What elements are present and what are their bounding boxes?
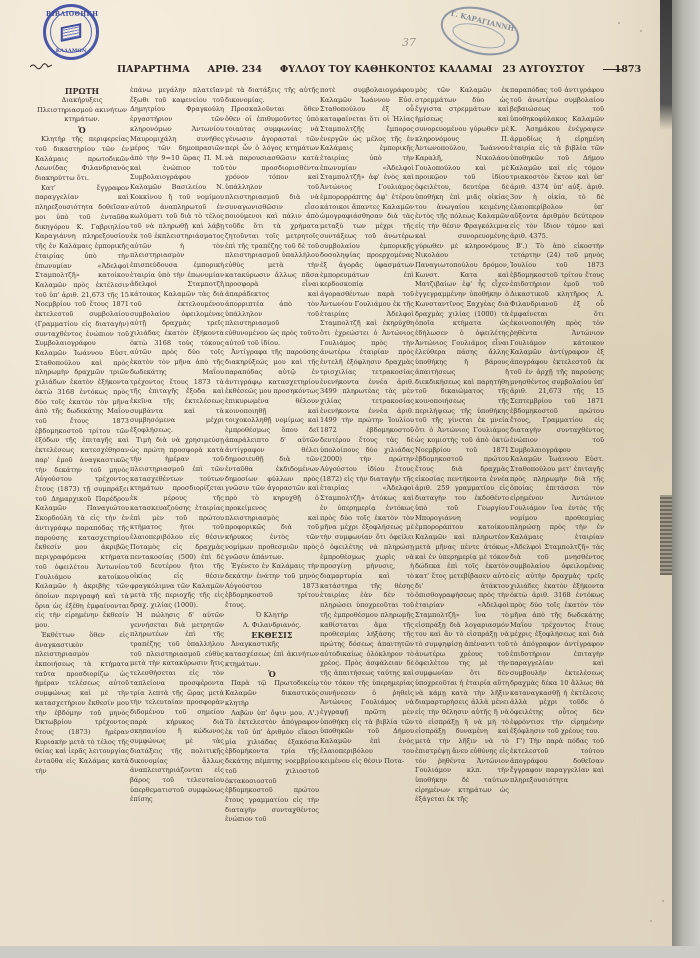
- paragraph: μὲ τὰ διατάξεις τῆς αὐτῆς δικονομίας.: [225, 86, 319, 105]
- masthead-issue: ΑΡΙΘ. 234: [208, 64, 262, 75]
- masthead-rule: [603, 69, 623, 70]
- paper-speck: [95, 35, 97, 37]
- column-2: ἐπάνω μεγάλην πλατεῖαν ἔξωθι τοῦ καφενεί…: [130, 86, 224, 886]
- library-stamp-top-text: ΒΙΒΛΙΟΘΗΚΗ: [46, 11, 96, 18]
- paragraph: Ἐκθέττων ὅθεν εἰς ἀναγκαστικὸν πλειστηρι…: [35, 631, 129, 777]
- column-heading: ΕΚΘΕΣΙΣ: [225, 630, 319, 640]
- masthead-city: ΚΑΛΑΜΑΙ: [439, 64, 492, 75]
- scan-background-edge: [672, 0, 700, 958]
- masthead-supplement: ΠΑΡΑΡΤΗΜΑ: [117, 64, 190, 75]
- paper-speck: [650, 920, 652, 922]
- masthead-date: 23 ΑΥΓΟΥΣΤΟΥ: [502, 64, 584, 75]
- column-heading: ΠΡΩΤΗ: [35, 86, 129, 96]
- paragraph: ἐπάνω μεγάλην πλατεῖαν ἔξωθι τοῦ καφενεί…: [130, 86, 224, 436]
- newspaper-page: ΒΙΒΛΙΟΘΗΚΗ ΚΑΛΑΜΩΝ 37 Γ. ΚΑΡΑΓΙΑΝΝΗ ΠΑΡΑ…: [0, 0, 672, 946]
- paragraph: Ἐγένετο ἐν Καλάμαις τὴν δεκάτην ἐνάτην τ…: [225, 562, 319, 611]
- page-edge-stain: [660, 495, 672, 575]
- column-6: παραπόδας τοῦ ἀντιγράφου τοῦ ἀνωτέρω συμ…: [510, 86, 604, 886]
- masthead-sheet: ΦΥΛΛΟΥ ΤΟΥ ΚΑΘΗΚΟΝΤΟΣ: [280, 64, 435, 75]
- paper-speck: [618, 22, 620, 24]
- paragraph: παραπόδας τοῦ ἀντιγράφου τοῦ ἀνωτέρω συμ…: [510, 86, 604, 242]
- pencil-annotation: 37: [402, 36, 416, 49]
- column-3: μὲ τὰ διατάξεις τῆς αὐτῆς δικονομίας. Πρ…: [225, 86, 319, 886]
- column-heading: Ὁ: [225, 669, 319, 679]
- paragraph: Ἀναγκαστικῆς κατασχέσεως ἐπὶ ἀκινήτων κτ…: [225, 640, 319, 669]
- paragraph: Παρὰ τῷ Πρωτοδικείῳ Καλαμῶν δικαστικὸς κ…: [225, 679, 319, 708]
- paragraph: Ἀντίγραφα τῆς παρούσης διακηρύξεώς μου κ…: [225, 348, 319, 562]
- paragraph: Λαβὼν ὑπ' ὄψιν μου. Α'.) Τὸ ἐκτελεστὸν ἀ…: [225, 709, 319, 826]
- paragraph: Γ') Τὴν παρὰ πόδας τοῦ ἐκτελεστοῦ τούτου…: [510, 737, 604, 786]
- ink-squiggle-icon: [30, 62, 52, 70]
- column-1: ΠΡΩΤΗ Διακήρυξεις Πλειστηριασμού ακινήτω…: [35, 86, 129, 886]
- masthead: ΠΑΡΑΡΤΗΜΑ ΑΡΙΘ. 234 ΦΥΛΛΟΥ ΤΟΥ ΚΑΘΗΚΟΝΤΟ…: [117, 64, 607, 80]
- paragraph: Προσκαλοῦνται ὅθεν ὅθεν οἱ ἐπιθυμοῦντες …: [225, 105, 319, 348]
- paragraph: Ἡ πώλησις δ' αὐτῶν γεννήσεται διὰ μετρητ…: [130, 611, 224, 805]
- subheading: Διακήρυξεις Πλειστηριασμού ακινήτων κτημ…: [35, 96, 129, 125]
- library-stamp-bottom-text: ΚΑΛΑΜΩΝ: [46, 48, 96, 54]
- bleed-through-text: [612, 210, 652, 610]
- paper-speck: [662, 900, 664, 902]
- book-icon: [61, 23, 81, 42]
- scan-background-bottom: [0, 946, 700, 958]
- paragraph: ποτὲ συμβολαιογράφου Καλαμῶν Ἰωάννου Εὐσ…: [320, 86, 414, 766]
- paragraph: Κατ' ἔγγραφον παραγγελίαν καὶ πληρεξουσι…: [35, 184, 129, 631]
- article-columns: ΠΡΩΤΗ Διακήρυξεις Πλειστηριασμού ακινήτω…: [35, 86, 605, 886]
- paragraph: Κλητὴρ τῆς περιφερείας τοῦ δικαστηρίου τ…: [35, 135, 129, 184]
- signature-title: Ὁ Κλητὴρ: [225, 611, 319, 621]
- library-stamp: ΒΙΒΛΙΟΘΗΚΗ ΚΑΛΑΜΩΝ: [43, 4, 99, 60]
- column-5: μὸς τῶν Καλαμῶν ἐκ στρεμμάτων δύο ὡς ἔγγ…: [415, 86, 509, 886]
- signature-name: Λ. Φιλανδριανός.: [225, 621, 319, 631]
- paragraph: μὸς τῶν Καλαμῶν ἐκ στρεμμάτων δύο ὡς ἔγγ…: [415, 86, 509, 805]
- column-heading: Ὁ: [35, 125, 129, 135]
- owner-stamp: Γ. ΚΑΡΑΓΙΑΝΝΗ: [436, 0, 525, 63]
- paragraph: Τιμὴ διὰ νὰ χρησιμεύσῃ ὡς πρώτη προσφορὰ…: [130, 436, 224, 611]
- column-4: ποτὲ συμβολαιογράφου Καλαμῶν Ἰωάννου Εὐσ…: [320, 86, 414, 886]
- paper-speck: [640, 30, 642, 32]
- paragraph: Β'.) Τὸ ἀπὸ εἰκοστὴν τετάρτην (24) τοῦ μ…: [510, 242, 604, 738]
